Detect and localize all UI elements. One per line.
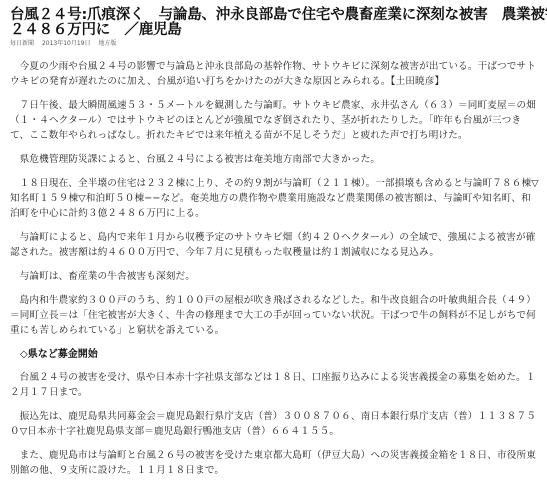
edition-label: 地方版 <box>98 40 116 47</box>
paragraph: 振込先は、鹿児島県共同募金会＝鹿児島銀行県庁支店（普）３００８７０６、南日本銀行… <box>10 409 540 439</box>
article-headline: 台風２４号:爪痕深く 与論島、沖永良部島で住宅や農畜産業に深刻な被害 農業被害３… <box>10 8 540 38</box>
headline-line-1: 台風２４号:爪痕深く 与論島、沖永良部島で住宅や農畜産業に深刻な被害 農業被害３… <box>10 8 540 23</box>
paragraph: 与論町は、畜産業の牛舎被害も深刻だ。 <box>10 269 540 284</box>
paragraph: １８日現在、全半壊の住宅は２３２棟に上り、その約９割が与論町（２１１棟）。一部損… <box>10 176 540 221</box>
article-body: 今夏の少雨や台風２４号の影響で与論島と沖永良部島の基幹作物、サトウキビに深刻な被… <box>10 59 540 478</box>
source-name: 毎日新聞 <box>10 40 34 47</box>
paragraph: ７日午後、最大瞬間風速５３・５メートルを観測した与論町。サトウキビ農家、永井弘さ… <box>10 98 540 143</box>
paragraph: 島内和牛農家約３００戸のうち、約１００戸の屋根が吹き飛ばされるなどした。和牛改良… <box>10 293 540 338</box>
paragraph: また、鹿児島市は与論町と台風２６号の被害を受けた東京都大島町（伊豆大島）への災害… <box>10 448 540 478</box>
paragraph: 与論町によると、島内で来年１月から収穫予定のサトウキビ畑（約４２０ヘクタール）の… <box>10 230 540 260</box>
article-meta: 毎日新聞 2013年10月19日 地方版 <box>10 40 540 48</box>
publish-date: 2013年10月19日 <box>42 40 91 47</box>
headline-line-2: ２４８６万円に ／鹿児島 <box>10 23 540 38</box>
section-subheading: ◇県など募金開始 <box>20 348 540 361</box>
paragraph: 台風２４号の被害を受け、県や日本赤十字社県支部などは１８日、口座振り込みによる災… <box>10 370 540 400</box>
paragraph-lead: 今夏の少雨や台風２４号の影響で与論島と沖永良部島の基幹作物、サトウキビに深刻な被… <box>10 59 540 89</box>
paragraph: 県危機管理防災課によると、台風２４号による被害は奄美地方南部で大きかった。 <box>10 152 540 167</box>
news-article: 台風２４号:爪痕深く 与論島、沖永良部島で住宅や農畜産業に深刻な被害 農業被害３… <box>10 8 540 480</box>
